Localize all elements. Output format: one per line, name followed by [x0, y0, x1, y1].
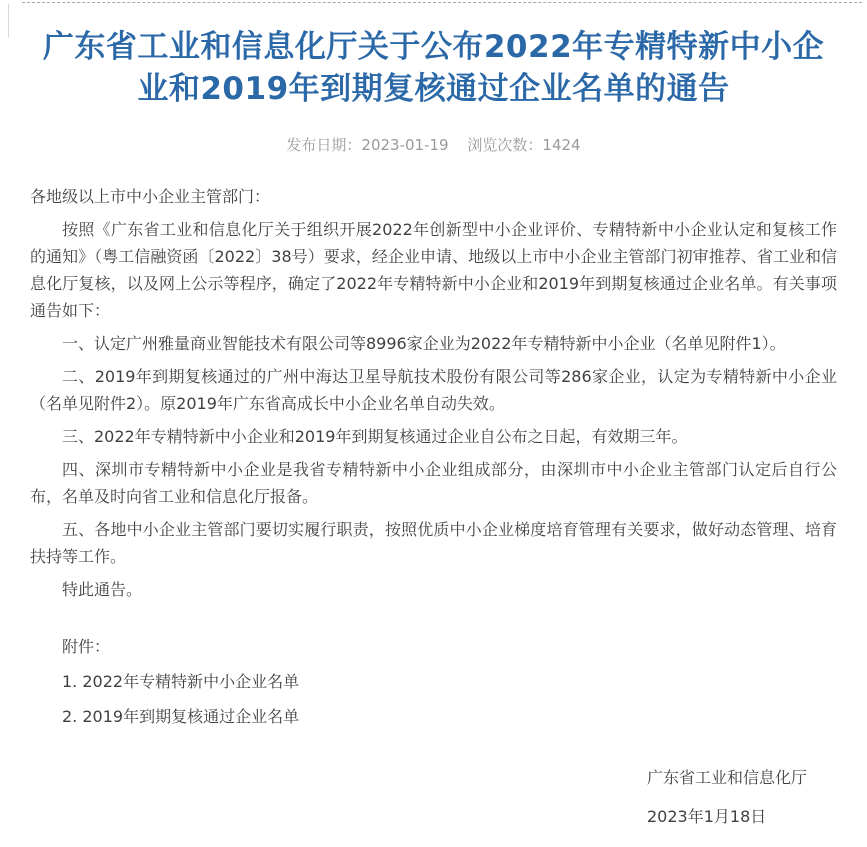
- page-title: 广东省工业和信息化厅关于公布2022年专精特新中小企 业和2019年到期复核通过…: [0, 26, 867, 110]
- signature-block: 广东省工业和信息化厅 2023年1月18日: [647, 764, 807, 830]
- closing-statement: 特此通告。: [30, 576, 837, 603]
- attachments-section: 附件： 1. 2022年专精特新中小企业名单 2. 2019年到期复核通过企业名…: [30, 633, 837, 730]
- signature-date: 2023年1月18日: [647, 803, 807, 830]
- paragraph-item-3: 三、2022年专精特新中小企业和2019年到期复核通过企业自公布之日起，有效期三…: [30, 423, 837, 450]
- left-border-remnant: [8, 4, 9, 38]
- attachments-label: 附件：: [30, 633, 837, 660]
- paragraph-intro: 按照《广东省工业和信息化厅关于组织开展2022年创新型中小企业评价、专精特新中小…: [30, 216, 837, 324]
- paragraph-item-2: 二、2019年到期复核通过的广州中海达卫星导航技术股份有限公司等286家企业，认…: [30, 363, 837, 417]
- view-count-label: 浏览次数：: [467, 136, 542, 154]
- attachment-link-2019-review-list[interactable]: 2. 2019年到期复核通过企业名单: [62, 707, 299, 726]
- view-count-value: 1424: [542, 136, 580, 154]
- publish-date-group: 发布日期：2023-01-19: [286, 134, 448, 155]
- signature-issuer: 广东省工业和信息化厅: [647, 764, 807, 791]
- salutation: 各地级以上市中小企业主管部门：: [30, 183, 837, 210]
- paragraph-item-1: 一、认定广州雅量商业智能技术有限公司等8996家企业为2022年专精特新中小企业…: [30, 330, 837, 357]
- publish-date-value: 2023-01-19: [361, 136, 448, 154]
- attachment-link-2022-list[interactable]: 1. 2022年专精特新中小企业名单: [62, 672, 299, 691]
- publish-date-label: 发布日期：: [286, 136, 361, 154]
- top-dashed-divider: [22, 2, 862, 3]
- meta-line: 发布日期：2023-01-19 浏览次数：1424: [0, 134, 867, 155]
- view-count-group: 浏览次数：1424: [467, 134, 580, 155]
- page-title-line1: 广东省工业和信息化厅关于公布2022年专精特新中小企: [0, 26, 867, 68]
- notice-page: 广东省工业和信息化厅关于公布2022年专精特新中小企 业和2019年到期复核通过…: [0, 0, 867, 847]
- page-title-line2: 业和2019年到期复核通过企业名单的通告: [0, 68, 867, 110]
- article-body: 各地级以上市中小企业主管部门： 按照《广东省工业和信息化厅关于组织开展2022年…: [0, 183, 867, 830]
- paragraph-item-5: 五、各地中小企业主管部门要切实履行职责，按照优质中小企业梯度培育管理有关要求，做…: [30, 516, 837, 570]
- paragraph-item-4: 四、深圳市专精特新中小企业是我省专精特新中小企业组成部分，由深圳市中小企业主管部…: [30, 456, 837, 510]
